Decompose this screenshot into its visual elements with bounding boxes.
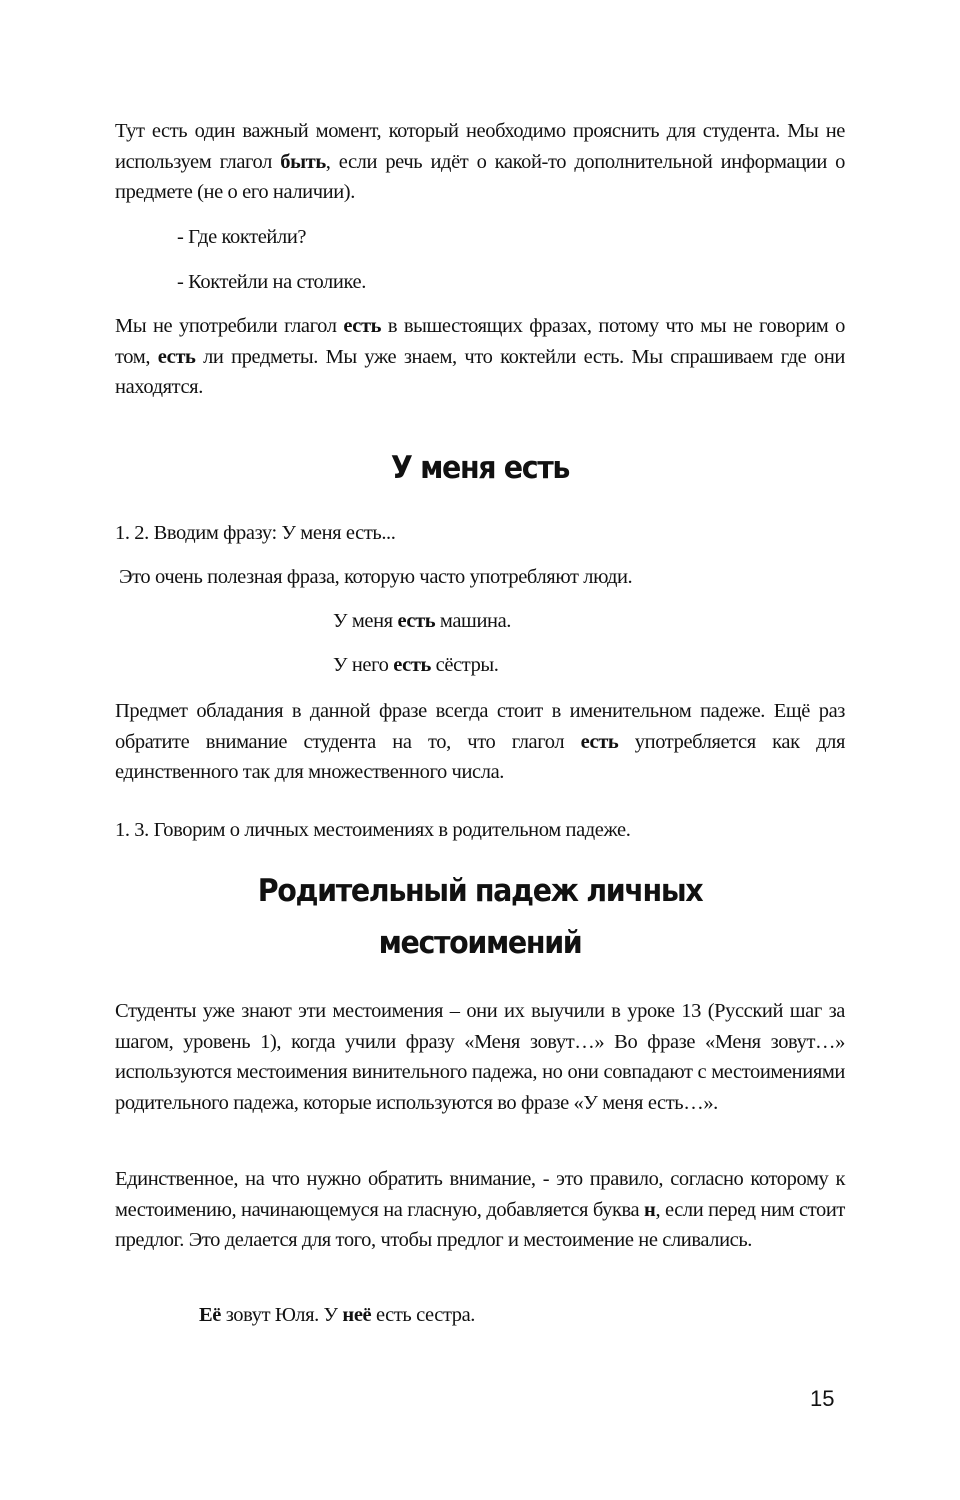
paragraph-nominative: Предмет обладания в данной фразе всегда … — [115, 696, 845, 788]
dialog-line-answer: - Коктейли на столике. — [177, 267, 777, 298]
paragraph-students-know-pronouns: Студенты уже знают эти местоимения – они… — [115, 996, 845, 1118]
paragraph-useful-phrase: Это очень полезная фраза, которую часто … — [119, 562, 849, 593]
paragraph-step-1-3: 1. 3. Говорим о личных местоимениях в ро… — [115, 815, 845, 846]
dialog-line-question: - Где коктейли? — [177, 222, 777, 253]
paragraph-est-usage: Мы не употребили глагол есть в вышестоящ… — [115, 311, 845, 403]
example-sentence-car: У меня есть машина. — [333, 606, 833, 637]
section-heading-genitive-line1: Родительный падеж личных — [144, 866, 816, 916]
section-heading-u-menya-est: У меня есть — [144, 443, 816, 493]
paragraph-step-1-2: 1. 2. Вводим фразу: У меня есть... — [115, 518, 845, 549]
paragraph-n-rule: Единственное, на что нужно обратить вним… — [115, 1164, 845, 1256]
section-heading-genitive-line2: местоимений — [144, 918, 816, 968]
page-number: 15 — [810, 1386, 834, 1412]
example-sentence-yulia: Её зовут Юля. У неё есть сестра. — [199, 1300, 799, 1331]
paragraph-byt-explanation: Тут есть один важный момент, который нео… — [115, 116, 845, 208]
example-sentence-sisters: У него есть сёстры. — [333, 650, 833, 681]
